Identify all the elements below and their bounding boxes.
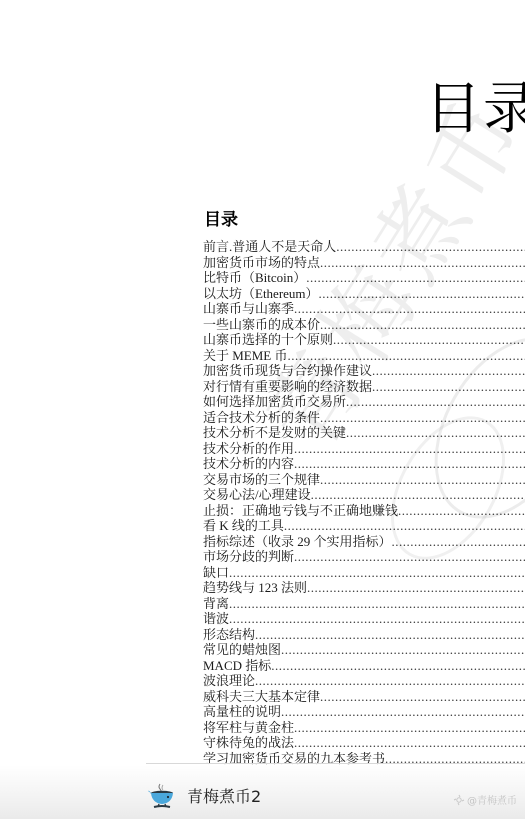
toc-entry-label: 适合技术分析的条件: [203, 410, 320, 426]
toc-dot-leader: [320, 410, 525, 426]
toc-entry[interactable]: 止损：正确地亏钱与不正确地赚钱: [203, 503, 525, 519]
toc-entry-label: 加密货币现货与合约操作建议: [203, 363, 372, 379]
toc-dot-leader: [346, 425, 525, 441]
toc-dot-leader: [320, 472, 525, 488]
toc-entry-label: 交易市场的三个规律: [203, 472, 320, 488]
toc-dot-leader: [294, 301, 525, 317]
toc-dot-leader: [320, 317, 525, 333]
teacup-icon: [147, 782, 177, 812]
platform-credit: @青梅煮币: [453, 792, 517, 807]
page-divider: [146, 763, 525, 764]
toc-dot-leader: [229, 611, 525, 627]
toc-entry-label: 形态结构: [203, 627, 255, 643]
toc-dot-leader: [346, 394, 525, 410]
toc-entry-label: 止损：正确地亏钱与不正确地赚钱: [203, 503, 398, 519]
footer-brand[interactable]: 青梅煮币2: [147, 782, 261, 812]
toc-entry-label: 技术分析的内容: [203, 456, 294, 472]
toc-entry[interactable]: 以太坊（Ethereum）: [203, 286, 525, 302]
toc-entry[interactable]: 如何选择加密货币交易所: [203, 394, 525, 410]
toc-entry[interactable]: 关于 MEME 币: [203, 348, 525, 364]
toc-entry-label: 一些山寨币的成本价: [203, 317, 320, 333]
toc-dot-leader: [392, 534, 525, 550]
platform-icon: [453, 794, 465, 806]
toc-dot-leader: [294, 456, 525, 472]
toc-entry-label: 指标综述（收录 29 个实用指标）: [203, 534, 392, 550]
toc-dot-leader: [398, 503, 525, 519]
toc-dot-leader: [294, 441, 525, 457]
toc-entry[interactable]: 守株待兔的战法: [203, 735, 525, 751]
toc-entry[interactable]: 波浪理论: [203, 673, 525, 689]
toc-entry[interactable]: 技术分析不是发财的关键: [203, 425, 525, 441]
document-page: 青梅煮币 目录 目录 前言.普通人不是天命人加密货币市场的特点比特币（Bitco…: [0, 0, 525, 765]
toc-entry-label: 趋势线与 123 法则: [203, 580, 307, 596]
toc-heading: 目录: [204, 208, 238, 232]
toc-entry[interactable]: 山寨币选择的十个原则: [203, 332, 525, 348]
toc-entry-label: MACD 指标: [203, 658, 271, 674]
toc-entry[interactable]: 指标综述（收录 29 个实用指标）: [203, 534, 525, 550]
footer-bar: 青梅煮币2 @青梅煮币: [0, 765, 525, 819]
toc-entry[interactable]: 趋势线与 123 法则: [203, 580, 525, 596]
toc-dot-leader: [306, 270, 525, 286]
toc-entry-label: 谐波: [203, 611, 229, 627]
toc-entry[interactable]: 威科夫三大基本定律: [203, 689, 525, 705]
toc-dot-leader: [294, 720, 525, 736]
toc-dot-leader: [281, 704, 525, 720]
credit-text: @青梅煮币: [467, 792, 517, 807]
toc-entry[interactable]: 前言.普通人不是天命人: [203, 239, 525, 255]
toc-dot-leader: [284, 518, 525, 534]
toc-entry[interactable]: 谐波: [203, 611, 525, 627]
toc-entry-label: 威科夫三大基本定律: [203, 689, 320, 705]
toc-entry-label: 对行情有重要影响的经济数据: [203, 379, 372, 395]
toc-entry[interactable]: 技术分析的内容: [203, 456, 525, 472]
brand-name: 青梅煮币2: [187, 786, 261, 808]
toc-entry[interactable]: 山寨币与山寨季: [203, 301, 525, 317]
toc-entry[interactable]: 比特币（Bitcoin）: [203, 270, 525, 286]
toc-entry[interactable]: 适合技术分析的条件: [203, 410, 525, 426]
toc-entry-label: 技术分析不是发财的关键: [203, 425, 346, 441]
toc-entry[interactable]: 高量柱的说明: [203, 704, 525, 720]
toc-dot-leader: [255, 673, 525, 689]
toc-entry-label: 加密货币市场的特点: [203, 255, 320, 271]
toc-entry[interactable]: 形态结构: [203, 627, 525, 643]
page-title: 目录: [425, 72, 525, 148]
toc-dot-leader: [336, 239, 525, 255]
toc-entry[interactable]: 加密货币现货与合约操作建议: [203, 363, 525, 379]
toc-entry-label: 比特币（Bitcoin）: [203, 270, 306, 286]
toc-entry-label: 将军柱与黄金柱: [203, 720, 294, 736]
toc-dot-leader: [311, 487, 525, 503]
toc-entry[interactable]: 看 K 线的工具: [203, 518, 525, 534]
toc-entry-label: 波浪理论: [203, 673, 255, 689]
toc-dot-leader: [229, 565, 525, 581]
toc-dot-leader: [294, 735, 525, 751]
toc-entry[interactable]: 交易心法/心理建设: [203, 487, 525, 503]
toc-entry[interactable]: 技术分析的作用: [203, 441, 525, 457]
toc-entry[interactable]: 交易市场的三个规律: [203, 472, 525, 488]
toc-entry-label: 交易心法/心理建设: [203, 487, 311, 503]
toc-entry[interactable]: 缺口: [203, 565, 525, 581]
toc-entry[interactable]: 对行情有重要影响的经济数据: [203, 379, 525, 395]
toc-dot-leader: [333, 332, 525, 348]
toc-entry-label: 前言.普通人不是天命人: [203, 239, 336, 255]
toc-dot-leader: [372, 379, 525, 395]
toc-entry-label: 关于 MEME 币: [203, 348, 288, 364]
toc-entry-label: 技术分析的作用: [203, 441, 294, 457]
toc-entry[interactable]: 背离: [203, 596, 525, 612]
toc-dot-leader: [271, 658, 525, 674]
toc-dot-leader: [288, 348, 525, 364]
toc-dot-leader: [320, 689, 525, 705]
toc-dot-leader: [281, 642, 525, 658]
toc-dot-leader: [319, 286, 525, 302]
toc-entry[interactable]: 一些山寨币的成本价: [203, 317, 525, 333]
toc-entry-label: 高量柱的说明: [203, 704, 281, 720]
toc-dot-leader: [307, 580, 525, 596]
toc-entry-label: 以太坊（Ethereum）: [203, 286, 319, 302]
table-of-contents: 前言.普通人不是天命人加密货币市场的特点比特币（Bitcoin）以太坊（Ethe…: [203, 239, 525, 765]
toc-entry[interactable]: 将军柱与黄金柱: [203, 720, 525, 736]
toc-entry-label: 山寨币与山寨季: [203, 301, 294, 317]
toc-entry-label: 看 K 线的工具: [203, 518, 284, 534]
toc-entry-label: 市场分歧的判断: [203, 549, 294, 565]
toc-entry[interactable]: 常见的蜡烛图: [203, 642, 525, 658]
toc-entry-label: 常见的蜡烛图: [203, 642, 281, 658]
toc-entry[interactable]: 加密货币市场的特点: [203, 255, 525, 271]
toc-dot-leader: [294, 549, 525, 565]
toc-dot-leader: [229, 596, 525, 612]
toc-entry-label: 山寨币选择的十个原则: [203, 332, 333, 348]
toc-dot-leader: [372, 363, 525, 379]
toc-entry[interactable]: 市场分歧的判断: [203, 549, 525, 565]
toc-entry-label: 背离: [203, 596, 229, 612]
toc-dot-leader: [255, 627, 525, 643]
toc-entry-label: 缺口: [203, 565, 229, 581]
toc-dot-leader: [320, 255, 525, 271]
toc-entry-label: 如何选择加密货币交易所: [203, 394, 346, 410]
toc-entry-label: 守株待兔的战法: [203, 735, 294, 751]
toc-entry[interactable]: MACD 指标: [203, 658, 525, 674]
